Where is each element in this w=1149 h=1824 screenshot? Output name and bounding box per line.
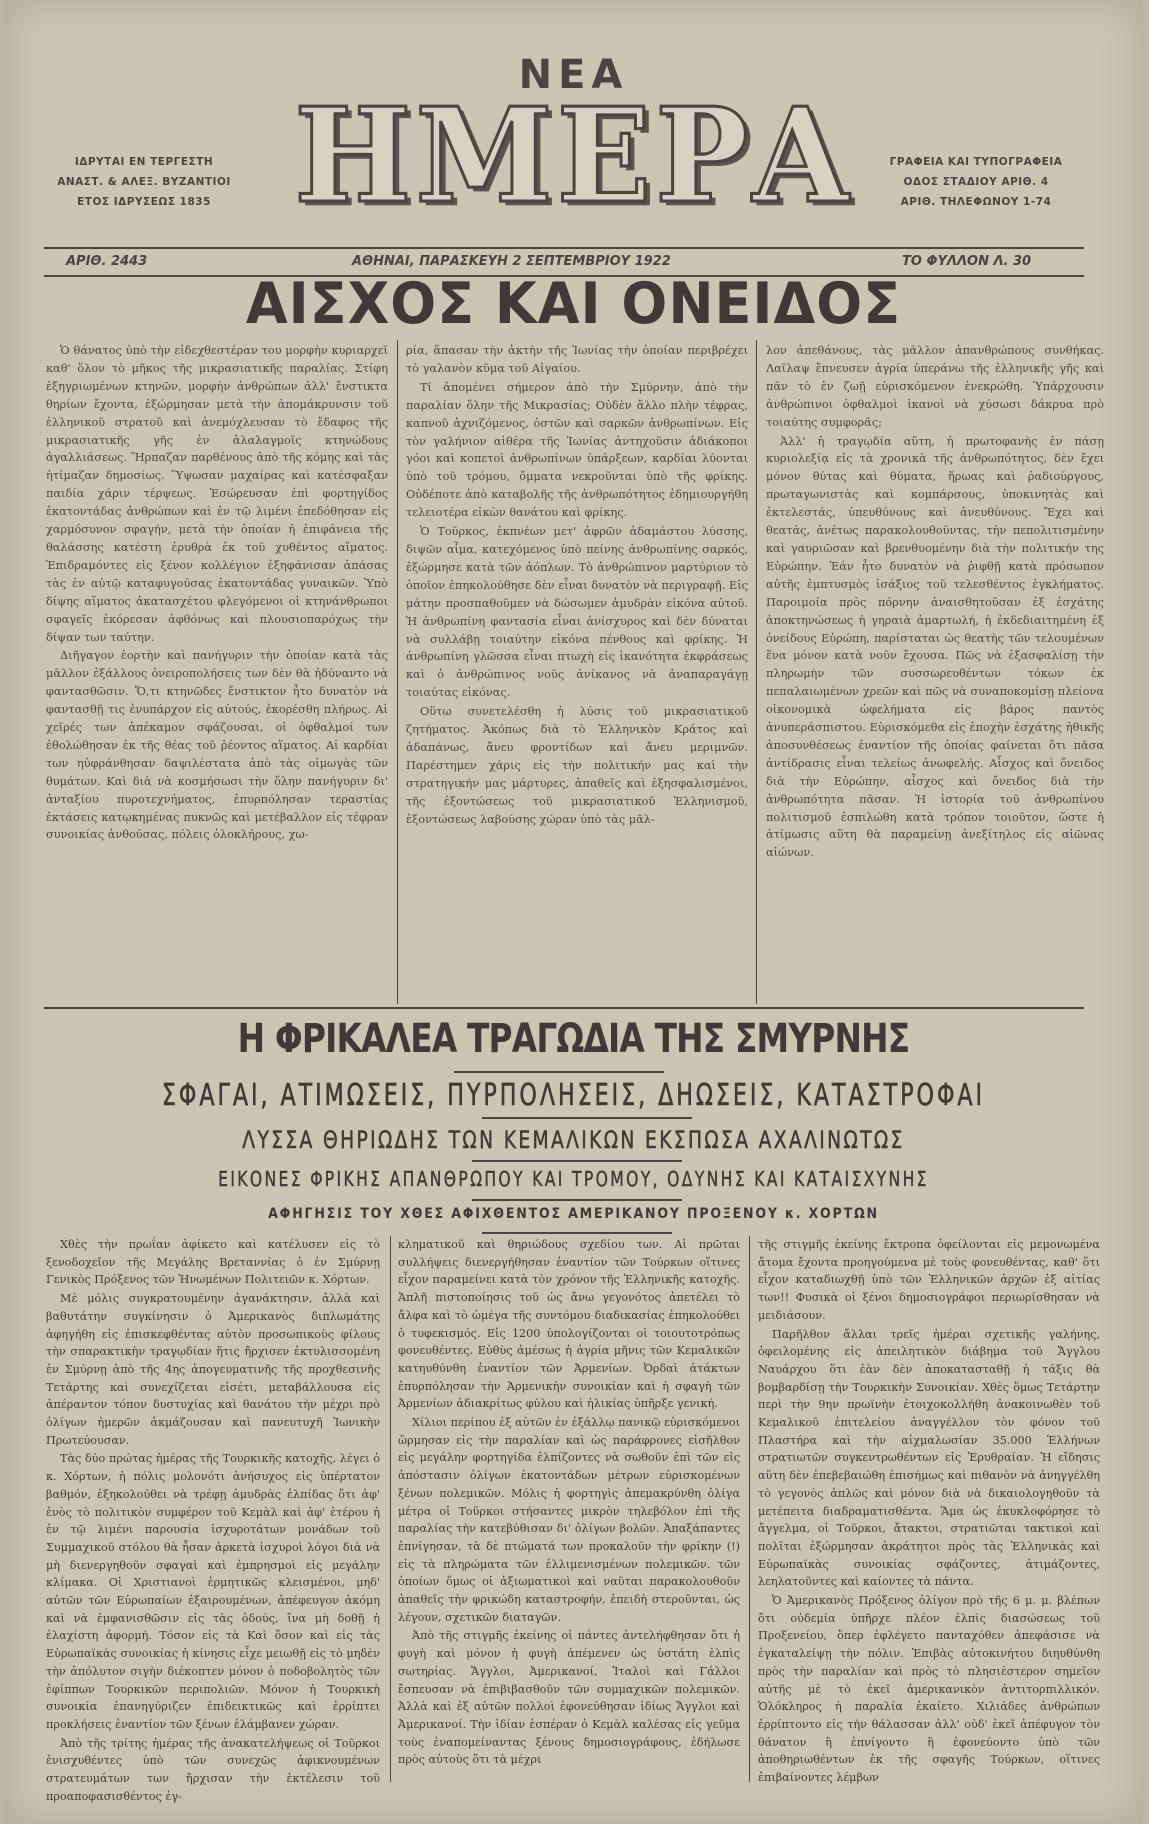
paragraph: Ἀλλ' ἡ τραγῳδία αὕτη, ἡ πρωτοφανὴς ἐν πά… <box>766 433 1104 863</box>
newspaper-page: ΝΕΑ ΗΜΕΡΑ ΙΔΡΥΤΑΙ ΕΝ ΤΕΡΓΕΣΤΗ ΑΝΑΣΤ. & Α… <box>4 0 1143 1824</box>
news-subhead-4: ΑΦΗΓΗΣΙΣ ΤΟΥ ΧΘΕΣ ΑΦΙΧΘΕΝΤΟΣ ΑΜΕΡΙΚΑΝΟΥ … <box>61 1206 1086 1222</box>
offices-line: ΓΡΑΦΕΙΑ ΚΑΙ ΤΥΠΟΓΡΑΦΕΙΑ <box>866 152 1086 172</box>
paragraph: Παρῆλθον ἄλλαι τρεῖς ἡμέραι σχετικῆς γαλ… <box>758 1326 1100 1592</box>
column-divider <box>397 340 398 1004</box>
headline-rule <box>482 1232 672 1234</box>
news-subhead-3: ΕΙΚΟΝΕΣ ΦΡΙΚΗΣ ΑΠΑΝΘΡΩΠΟΥ ΚΑΙ ΤΡΟΜΟΥ, ΟΔ… <box>129 1167 1017 1191</box>
headline-rule <box>454 1071 664 1073</box>
section-divider <box>44 1007 1084 1009</box>
news-column-3: τῆς στιγμῆς ἐκείνης ἔκτροπα ὀφείλονται ε… <box>758 1236 1100 1788</box>
editorial-column-2: ρία, ἅπασαν τὴν ἀκτὴν τῆς Ἰωνίας τὴν ὁπο… <box>406 342 748 829</box>
column-divider <box>756 340 757 1004</box>
news-column-1: Χθὲς τὴν πρωΐαν ἀφίκετο καὶ κατέλυσεν εἰ… <box>46 1236 380 1807</box>
issue-date: ΑΘΗΝΑΙ, ΠΑΡΑΣΚΕΥΗ 2 ΣΕΠΤΕΜΒΡΙΟΥ 1922 <box>352 254 671 269</box>
paragraph: Ὁ θάνατος ὑπὸ τὴν εἰδεχθεστέραν του μορφ… <box>46 342 388 646</box>
paragraph: Οὕτω συνετελέσθη ἡ λύσις τοῦ μικρασιατικ… <box>406 703 748 828</box>
issue-number: ΑΡΙΘ. 2443 <box>66 254 147 269</box>
paragraph: Χθὲς τὴν πρωΐαν ἀφίκετο καὶ κατέλυσεν εἰ… <box>46 1236 380 1289</box>
paragraph: Διῆγαγον ἑορτὴν καὶ πανήγυριν τὴν ὁποίαν… <box>46 647 388 844</box>
editorial-column-1: Ὁ θάνατος ὑπὸ τὴν εἰδεχθεστέραν του μορφ… <box>46 342 388 845</box>
address-line: ΟΔΟΣ ΣΤΑΔΙΟΥ ΑΡΙΘ. 4 <box>866 172 1086 192</box>
editorial-headline: ΑΙΣΧΟΣ ΚΑΙ ΟΝΕΙΔΟΣ <box>4 270 1143 337</box>
paragraph: Μὲ μόλις συγκρατουμένην ἀγανάκτησιν, ἀλλ… <box>46 1290 380 1449</box>
paragraph: ρία, ἅπασαν τὴν ἀκτὴν τῆς Ἰωνίας τὴν ὁπο… <box>406 342 748 378</box>
headline-rule <box>472 1160 682 1162</box>
masthead-founding-info: ΙΔΡΥΤΑΙ ΕΝ ΤΕΡΓΕΣΤΗ ΑΝΑΣΤ. & ΑΛΕΞ. ΒΥΖΑΝ… <box>34 152 254 212</box>
headline-rule <box>472 1199 682 1201</box>
news-subhead-2: ΛΥΣΣΑ ΘΗΡΙΩΔΗΣ ΤΩΝ ΚΕΜΑΛΙΚΩΝ ΕΚΣΠΩΣΑ ΑΧΑ… <box>129 1126 1017 1154</box>
paragraph: Τί ἀπομένει σήμερον ἀπὸ τὴν Σμύρνην, ἀπὸ… <box>406 379 748 522</box>
column-divider <box>390 1236 391 1782</box>
phone-line: ΑΡΙΘ. ΤΗΛΕΦΩΝΟΥ 1-74 <box>866 192 1086 212</box>
founding-year-line: ΕΤΟΣ ΙΔΡΥΣΕΩΣ 1835 <box>34 192 254 212</box>
news-column-2: κληματικοῦ καὶ θηριώδους σχεδίου των. Αἱ… <box>398 1236 740 1770</box>
headline-rule <box>482 1117 692 1119</box>
news-subhead-1: ΣΦΑΓΑΙ, ΑΤΙΜΩΣΕΙΣ, ΠΥΡΠΟΛΗΣΕΙΣ, ΔΗΩΣΕΙΣ,… <box>152 1078 995 1113</box>
column-divider <box>749 1236 750 1782</box>
paragraph: Ὁ Ἀμερικανὸς Πρόξενος ὀλίγον πρὸ τῆς 6 μ… <box>758 1592 1100 1787</box>
news-headline: Η ΦΡΙΚΑΛΕΑ ΤΡΑΓΩΔΙΑ ΤΗΣ ΣΜΥΡΝΗΣ <box>107 1016 1041 1062</box>
masthead-office-info: ΓΡΑΦΕΙΑ ΚΑΙ ΤΥΠΟΓΡΑΦΕΙΑ ΟΔΟΣ ΣΤΑΔΙΟΥ ΑΡΙ… <box>866 152 1086 212</box>
paragraph: Ἀπὸ τῆς στιγμῆς ἐκείνης οἱ πάντες ἀντελή… <box>398 1627 740 1769</box>
paragraph: λον ἀπεθάνους, τὰς μᾶλλον ἀπανθρώπους συ… <box>766 342 1104 432</box>
editorial-column-3: λον ἀπεθάνους, τὰς μᾶλλον ἀπανθρώπους συ… <box>766 342 1104 863</box>
issue-price: ΤΟ ΦΥΛΛΟΝ Λ. 30 <box>902 254 1031 269</box>
founders-line: ΑΝΑΣΤ. & ΑΛΕΞ. ΒΥΖΑΝΤΙΟΙ <box>34 172 254 192</box>
paragraph: κληματικοῦ καὶ θηριώδους σχεδίου των. Αἱ… <box>398 1236 740 1413</box>
paragraph: Τὰς δύο πρώτας ἡμέρας τῆς Τουρκικῆς κατο… <box>46 1450 380 1733</box>
paragraph: Χίλιοι περίπου ἐξ αὐτῶν ἐν ἐξάλλῳ πανικῷ… <box>398 1414 740 1626</box>
paragraph: Ὁ Τοῦρκος, ἐκπνέων μετ' ἀφρῶν ἀδαμάστου … <box>406 523 748 702</box>
paragraph: τῆς στιγμῆς ἐκείνης ἔκτροπα ὀφείλονται ε… <box>758 1236 1100 1325</box>
founding-line: ΙΔΡΥΤΑΙ ΕΝ ΤΕΡΓΕΣΤΗ <box>34 152 254 172</box>
paragraph: Ἀπὸ τῆς τρίτης ἡμέρας τῆς ἀνακατελήψεως … <box>46 1735 380 1806</box>
